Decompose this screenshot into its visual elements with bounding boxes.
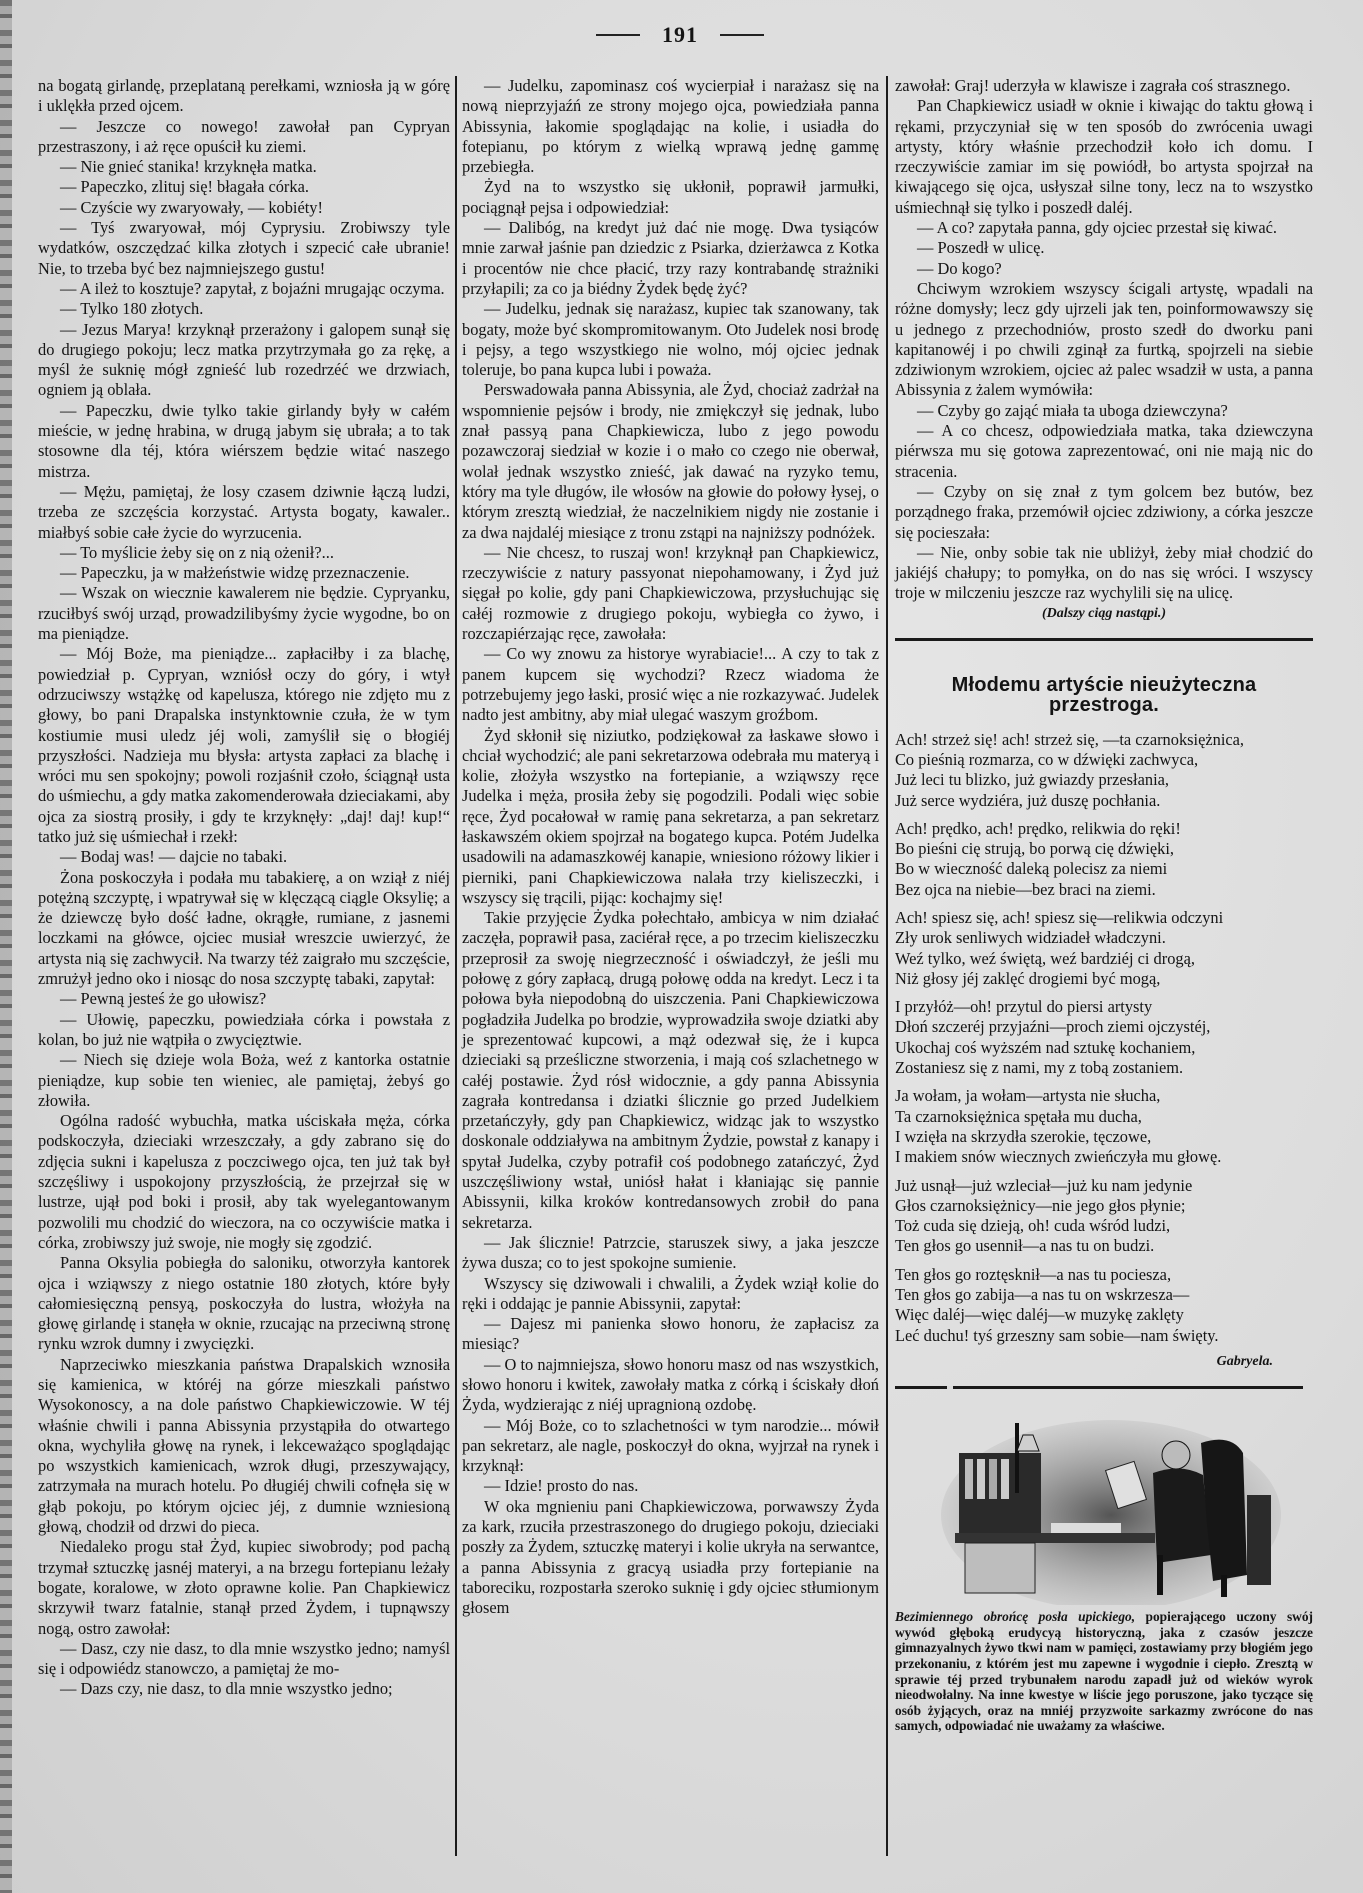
column-3-story: zawołał: Graj! uderzyła w klawisze i zag… <box>895 76 1313 604</box>
paragraph: — Mój Boże, co to szlachetności w tym na… <box>462 1416 879 1477</box>
paragraph: Żyd na to wszystko się ukłonił, poprawił… <box>462 177 879 218</box>
paragraph: Chciwym wzrokiem wszyscy ścigali artystę… <box>895 279 1313 401</box>
man-reading-at-desk-icon <box>931 1405 1287 1605</box>
paragraph: Żyd skłonił się niziutko, podziękował za… <box>462 726 879 909</box>
paragraph: Niedaleko progu stał Żyd, kupiec siwobro… <box>38 1537 450 1638</box>
paragraph: — Nie gnieć stanika! krzyknęła matka. <box>38 157 450 177</box>
poem-line: Dłoń szczeréj przyjaźni—proch ziemi ojcz… <box>895 1017 1313 1037</box>
paragraph: Pan Chapkiewicz usiadł w oknie i kiwając… <box>895 96 1313 218</box>
paragraph: — Jak ślicznie! Patrzcie, staruszek siwy… <box>462 1233 879 1274</box>
editorial-note: Bezimiennego obrońcę posła upickiego, po… <box>895 1609 1313 1734</box>
header-dash-left <box>596 34 640 36</box>
paragraph: zawołał: Graj! uderzyła w klawisze i zag… <box>895 76 1313 96</box>
poem-stanza: Już usnął—już wzleciał—już ku nam jedyni… <box>895 1176 1313 1257</box>
paragraph: — Bodaj was! — dajcie no tabaki. <box>38 847 450 867</box>
paragraph: — Dasz, czy nie dasz, to dla mnie wszyst… <box>38 1639 450 1680</box>
editorial-note-text: popierającego uczony swój wywód głęboką … <box>895 1609 1313 1733</box>
paragraph: Ogólna radość wybuchła, matka uściskała … <box>38 1111 450 1253</box>
poem-line: Co pieśnią rozmarza, co w dźwięki zachwy… <box>895 750 1313 770</box>
paragraph: — Wszak on wiecznie kawalerem nie będzie… <box>38 583 450 644</box>
paragraph: — Tyś zwaryował, mój Cyprysiu. Zrobiwszy… <box>38 218 450 279</box>
poem-line: Zły urok senliwych widziadeł władczyni. <box>895 928 1313 948</box>
poem-line: I wzięła na skrzydła szerokie, tęczowe, <box>895 1127 1313 1147</box>
paragraph: — Dazs czy, nie dasz, to dla mnie wszyst… <box>38 1679 450 1699</box>
poem-line: Głos czarnoksiężnicy—nie jego głos płyni… <box>895 1196 1313 1216</box>
paragraph: — Tylko 180 złotych. <box>38 299 450 319</box>
poem-line: Zostaniesz się z nami, my z tobą zostani… <box>895 1058 1313 1078</box>
paragraph: — Czyście wy zwaryowały, — kobiéty! <box>38 198 450 218</box>
poem-line: Ten głos go roztęsknił—a nas tu pociesza… <box>895 1265 1313 1285</box>
paragraph: — Czyby on się znał z tym golcem bez but… <box>895 482 1313 543</box>
poem-body: Ach! strzeż się! ach! strzeż się, —ta cz… <box>895 730 1313 1346</box>
poem-line: Weź tylko, weź świętą, weź bardziéj ci d… <box>895 949 1313 969</box>
paragraph: — Idzie! prosto do nas. <box>462 1476 879 1496</box>
paragraph: Panna Oksylia pobiegła do saloniku, otwo… <box>38 1253 450 1354</box>
column-1: na bogatą girlandę, przeplataną perełkam… <box>38 76 450 1700</box>
paragraph: Perswadowała panna Abissynia, ale Żyd, c… <box>462 380 879 542</box>
poem-line: Niż głosy jéj zaklęć drogiemi być mogą, <box>895 969 1313 989</box>
paragraph: Żona poskoczyła i podała mu tabakierę, a… <box>38 868 450 990</box>
paragraph: — Dalibóg, na kredyt już dać nie mogę. D… <box>462 218 879 299</box>
paragraph: — Judelku, jednak się narażasz, kupiec t… <box>462 299 879 380</box>
poem-line: Bo w wieczność daleką polecisz za niemi <box>895 859 1313 879</box>
poem-line: Ach! strzeż się! ach! strzeż się, —ta cz… <box>895 730 1313 750</box>
poem-line: I przyłóż—oh! przytul do piersi artysty <box>895 997 1313 1017</box>
column-2: — Judelku, zapominasz coś wycierpiał i n… <box>462 76 879 1619</box>
paragraph: — Co wy znowu za historye wyrabiacie!...… <box>462 644 879 725</box>
poem-stanza: Ach! prędko, ach! prędko, relikwia do rę… <box>895 819 1313 900</box>
poem-line: I makiem snów wiecznych zwieńczyła mu gł… <box>895 1147 1313 1167</box>
paragraph: — Nie chcesz, to ruszaj won! krzyknął pa… <box>462 543 879 644</box>
paragraph: — Niech się dzieje wola Boża, weź z kant… <box>38 1050 450 1111</box>
poem-stanza: Ja wołam, ja wołam—artysta nie słucha,Ta… <box>895 1086 1313 1167</box>
paragraph: — A ileż to kosztuje? zapytał, z bojaźni… <box>38 279 450 299</box>
poem-line: Ta czarnoksiężnica spętała mu ducha, <box>895 1107 1313 1127</box>
poem-line: Ja wołam, ja wołam—artysta nie słucha, <box>895 1086 1313 1106</box>
paragraph: — Papeczku, dwie tylko takie girlandy by… <box>38 401 450 482</box>
poem-author: Gabryela. <box>895 1352 1273 1372</box>
poem-line: Ukochaj coś wyższém nad sztukę kochaniem… <box>895 1038 1313 1058</box>
paragraph: — Jezus Marya! krzyknął przerażony i gal… <box>38 320 450 401</box>
newspaper-page: 191 na bogatą girlandę, przeplataną pere… <box>0 0 1363 1893</box>
editorial-note-lead: Bezimiennego obrońcę posła upickiego, <box>895 1609 1135 1624</box>
scan-binding-edge <box>0 0 12 1893</box>
paragraph: na bogatą girlandę, przeplataną perełkam… <box>38 76 450 117</box>
paragraph: — Ułowię, papeczku, powiedziała córka i … <box>38 1010 450 1051</box>
poem-line: Toż cuda się dzieją, oh! cuda wśród ludz… <box>895 1216 1313 1236</box>
paragraph: — Papeczku, ja w małżeństwie widzę przez… <box>38 563 450 583</box>
paragraph: W oka mgnieniu pani Chapkiewiczowa, porw… <box>462 1497 879 1619</box>
paragraph: — Mój Boże, ma pieniądze... zapłaciłby i… <box>38 644 450 847</box>
paragraph: — Poszedł w ulicę. <box>895 238 1313 258</box>
paragraph: — O to najmniejsza, słowo honoru masz od… <box>462 1355 879 1416</box>
poem-stanza: Ach! strzeż się! ach! strzeż się, —ta cz… <box>895 730 1313 811</box>
paragraph: — Nie, onby sobie tak nie ubliżył, żeby … <box>895 543 1313 604</box>
paragraph: — Do kogo? <box>895 259 1313 279</box>
column-divider-2 <box>886 76 888 1856</box>
header-dash-right <box>720 34 764 36</box>
page-header: 191 <box>580 20 780 50</box>
poem-line: Ten głos go usennił—a nas tu on budzi. <box>895 1236 1313 1256</box>
paragraph: Wszyscy się dziwowali i chwalili, a Żyde… <box>462 1274 879 1315</box>
continued-note: (Dalszy ciąg nastąpi.) <box>895 604 1313 624</box>
paragraph: — Dajesz mi panienka słowo honoru, że za… <box>462 1314 879 1355</box>
paragraph: — Pewną jesteś że go ułowisz? <box>38 989 450 1009</box>
paragraph: — Jeszcze co nowego! zawołał pan Cypryan… <box>38 117 450 158</box>
section-rule-double <box>895 1386 1303 1389</box>
poem-line: Więc daléj—więc daléj—w muzykę zaklęty <box>895 1305 1313 1325</box>
paragraph: — Papeczko, zlituj się! błagała córka. <box>38 177 450 197</box>
section-rule <box>895 638 1313 641</box>
engraving-illustration <box>931 1405 1287 1605</box>
poem-stanza: Ten głos go roztęsknił—a nas tu pociesza… <box>895 1265 1313 1346</box>
paragraph: — Judelku, zapominasz coś wycierpiał i n… <box>462 76 879 177</box>
paragraph: Takie przyjęcie Żydka połechtało, ambicy… <box>462 908 879 1233</box>
poem-line: Bez ojca na niebie—bez braci na ziemi. <box>895 880 1313 900</box>
poem-line: Bo pieśni cię strują, bo porwą cię dźwię… <box>895 839 1313 859</box>
poem-stanza: Ach! spiesz się, ach! spiesz się—relikwi… <box>895 908 1313 989</box>
poem-line: Leć duchu! tyś grzeszny sam sobie—nam św… <box>895 1326 1313 1346</box>
paragraph: — A co chcesz, odpowiedziała matka, taka… <box>895 421 1313 482</box>
poem-line: Ach! spiesz się, ach! spiesz się—relikwi… <box>895 908 1313 928</box>
poem-line: Już serce wydziéra, już duszę pochłania. <box>895 791 1313 811</box>
paragraph: Naprzeciwko mieszkania państwa Drapalski… <box>38 1355 450 1538</box>
column-divider-1 <box>455 76 457 1856</box>
poem-line: Już usnął—już wzleciał—już ku nam jedyni… <box>895 1176 1313 1196</box>
paragraph: — To myślicie żeby się on z nią ożenił?.… <box>38 543 450 563</box>
paragraph: — Czyby go zająć miała ta uboga dziewczy… <box>895 401 1313 421</box>
poem-line: Ten głos go zabija—a nas tu on wskrzesza… <box>895 1285 1313 1305</box>
poem-title: Młodemu artyście nieużyteczna przestroga… <box>895 675 1313 716</box>
paragraph: — Mężu, pamiętaj, że losy czasem dziwnie… <box>38 482 450 543</box>
poem-stanza: I przyłóż—oh! przytul do piersi artystyD… <box>895 997 1313 1078</box>
paragraph: — A co? zapytała panna, gdy ojciec przes… <box>895 218 1313 238</box>
column-3: zawołał: Graj! uderzyła w klawisze i zag… <box>895 76 1313 1734</box>
page-number: 191 <box>662 22 698 48</box>
poem-line: Ach! prędko, ach! prędko, relikwia do rę… <box>895 819 1313 839</box>
poem-line: Już leci tu blizko, już gwiazdy przesłan… <box>895 770 1313 790</box>
